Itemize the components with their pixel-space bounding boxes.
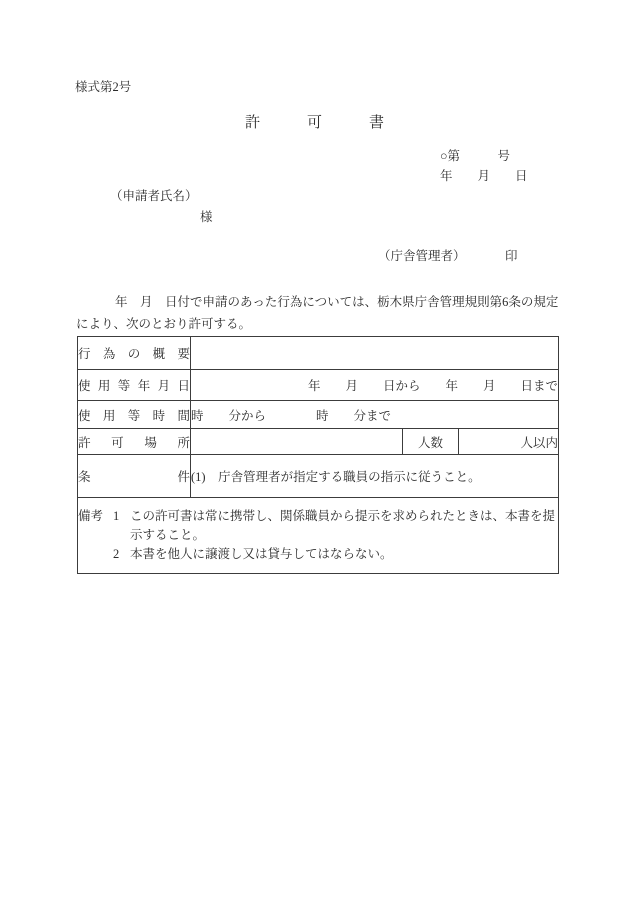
note-1-number: 1 xyxy=(113,507,120,545)
table-row-notes: 備考 1 この許可書は常に携帯し、関係職員から提示を求められたときは、本書を提 … xyxy=(78,498,559,574)
usage-date-value-cell: 年 月 日から 年 月 日まで xyxy=(191,370,559,401)
body-paragraph: 年 月 日付で申請のあった行為については、栃木県庁舎管理規則第6条の規定 により… xyxy=(76,291,576,335)
note-2-lines: 本書を他人に譲渡し又は貸与してはならない。 xyxy=(130,545,393,564)
document-title: 許可書 xyxy=(245,116,431,131)
overview-value-cell xyxy=(191,337,559,370)
note-item-2: 2 本書を他人に譲渡し又は貸与してはならない。 xyxy=(113,545,555,564)
document-number-line: ○第 号 xyxy=(440,150,510,163)
table-row-place: 許可場所 人数 人以内 xyxy=(78,429,559,455)
note-item-1: 1 この許可書は常に携帯し、関係職員から提示を求められたときは、本書を提 示する… xyxy=(113,507,555,545)
table-row-conditions: 条件 (1) 庁舎管理者が指定する職員の指示に従うこと。 xyxy=(78,455,559,498)
note-1-line-2: 示すること。 xyxy=(130,526,555,545)
note-1-line-1: この許可書は常に携帯し、関係職員から提示を求められたときは、本書を提 xyxy=(130,507,555,526)
body-paragraph-line2: により、次のとおり許可する。 xyxy=(76,313,576,335)
place-value-cell xyxy=(191,429,403,455)
honorific-sama: 様 xyxy=(200,211,213,224)
table-row-overview: 行為の概要 xyxy=(78,337,559,370)
issuer-label: （庁舎管理者） xyxy=(378,250,466,263)
note-1-lines: この許可書は常に携帯し、関係職員から提示を求められたときは、本書を提 示すること… xyxy=(130,507,555,545)
capacity-value-cell: 人以内 xyxy=(459,429,559,455)
notes-label: 備考 xyxy=(78,507,103,564)
body-paragraph-line1: 年 月 日付で申請のあった行為については、栃木県庁舎管理規則第6条の規定 xyxy=(76,291,576,313)
usage-time-label: 使用等時間 xyxy=(78,401,191,429)
form-number: 様式第2号 xyxy=(75,81,131,94)
conditions-label: 条件 xyxy=(78,455,191,498)
place-label: 許可場所 xyxy=(78,429,191,455)
table-row-usage-time: 使用等時間 時 分から 時 分まで xyxy=(78,401,559,429)
seal-mark: 印 xyxy=(505,250,518,263)
permit-table: 行為の概要 使用等年月日 年 月 日から 年 月 日まで 使用等時間 時 分から… xyxy=(77,336,559,574)
notes-items: 1 この許可書は常に携帯し、関係職員から提示を求められたときは、本書を提 示する… xyxy=(113,507,555,564)
notes-cell: 備考 1 この許可書は常に携帯し、関係職員から提示を求められたときは、本書を提 … xyxy=(78,498,559,574)
notes-block: 備考 1 この許可書は常に携帯し、関係職員から提示を求められたときは、本書を提 … xyxy=(78,507,558,564)
usage-time-value-cell: 時 分から 時 分まで xyxy=(191,401,559,429)
conditions-value-cell: (1) 庁舎管理者が指定する職員の指示に従うこと。 xyxy=(191,455,559,498)
document-date-line: 年 月 日 xyxy=(440,170,528,183)
note-2-number: 2 xyxy=(113,545,120,564)
table-row-usage-date: 使用等年月日 年 月 日から 年 月 日まで xyxy=(78,370,559,401)
note-2-line-1: 本書を他人に譲渡し又は貸与してはならない。 xyxy=(130,545,393,564)
capacity-label-cell: 人数 xyxy=(403,429,459,455)
applicant-name-label: （申請者氏名） xyxy=(110,190,198,203)
usage-date-label: 使用等年月日 xyxy=(78,370,191,401)
overview-label: 行為の概要 xyxy=(78,337,191,370)
permit-document-page: 様式第2号 許可書 ○第 号 年 月 日 （申請者氏名） 様 （庁舎管理者） 印… xyxy=(0,0,630,915)
